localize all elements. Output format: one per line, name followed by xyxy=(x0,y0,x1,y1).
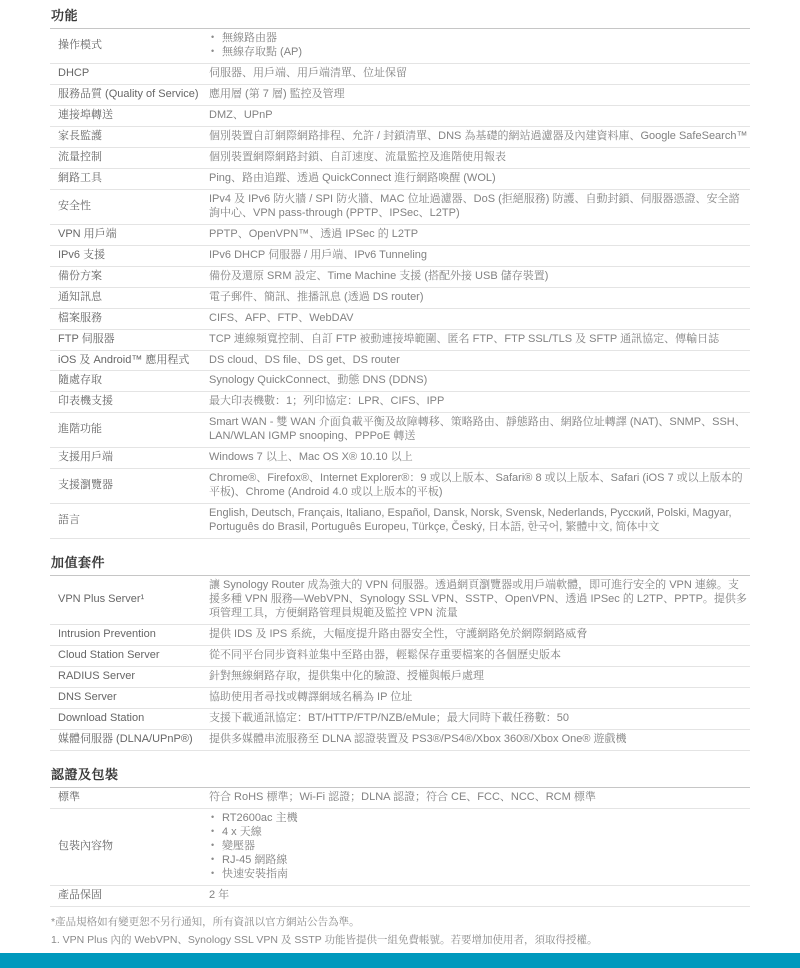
spec-row: DNS Server協助使用者尋找或轉譯網域名稱為 IP 位址 xyxy=(50,688,750,709)
spec-row: 家長監護個別裝置自訂網際網路排程、允許 / 封鎖清單、DNS 為基礎的網站過濾器… xyxy=(50,127,750,148)
spec-label: 網路工具 xyxy=(50,169,209,189)
bullet-item: 變壓器 xyxy=(209,840,748,854)
spec-value: RT2600ac 主機4 x 天線變壓器RJ-45 網路線快速安裝指南 xyxy=(209,809,750,885)
spec-label: Intrusion Prevention xyxy=(50,625,209,645)
spec-value: 2 年 xyxy=(209,886,750,906)
spec-row: 媒體伺服器 (DLNA/UPnP®)提供多媒體串流服務至 DLNA 認證裝置及 … xyxy=(50,730,750,751)
spec-row: 印表機支援最大印表機數：1；列印協定：LPR、CIFS、IPP xyxy=(50,392,750,413)
spec-value: CIFS、AFP、FTP、WebDAV xyxy=(209,309,750,329)
spec-label: iOS 及 Android™ 應用程式 xyxy=(50,351,209,371)
spec-value: Smart WAN - 雙 WAN 介面負載平衡及故障轉移、策略路由、靜態路由、… xyxy=(209,413,750,447)
spec-value: TCP 連線頻寬控制、自訂 FTP 被動連接埠範圍、匿名 FTP、FTP SSL… xyxy=(209,330,750,350)
spec-value: 個別裝置網際網路封鎖、自訂速度、流量監控及進階使用報表 xyxy=(209,148,750,168)
spec-section: 加值套件VPN Plus Server¹讓 Synology Router 成為… xyxy=(50,550,750,751)
spec-sections: 功能操作模式無線路由器無線存取點 (AP)DHCP伺服器、用戶端、用戶端清單、位… xyxy=(50,3,750,907)
spec-label: DNS Server xyxy=(50,688,209,708)
spec-row: 支援瀏覽器Chrome®、Firefox®、Internet Explorer®… xyxy=(50,469,750,504)
spec-value: IPv6 DHCP 伺服器 / 用戶端、IPv6 Tunneling xyxy=(209,246,750,266)
spec-row: 標準符合 RoHS 標準；Wi-Fi 認證；DLNA 認證；符合 CE、FCC、… xyxy=(50,788,750,809)
spec-table: 操作模式無線路由器無線存取點 (AP)DHCP伺服器、用戶端、用戶端清單、位址保… xyxy=(50,29,750,539)
footer-brand-bar xyxy=(0,953,800,968)
bullet-item: 4 x 天線 xyxy=(209,826,748,840)
spec-label: VPN 用戶端 xyxy=(50,225,209,245)
spec-row: 網路工具Ping、路由追蹤、透過 QuickConnect 進行網路喚醒 (WO… xyxy=(50,169,750,190)
spec-row: 流量控制個別裝置網際網路封鎖、自訂速度、流量監控及進階使用報表 xyxy=(50,148,750,169)
spec-row: IPv6 支援IPv6 DHCP 伺服器 / 用戶端、IPv6 Tunnelin… xyxy=(50,246,750,267)
spec-label: 產品保固 xyxy=(50,886,209,906)
bullet-list: 無線路由器無線存取點 (AP) xyxy=(209,32,748,60)
spec-value: Synology QuickConnect、動態 DNS (DDNS) xyxy=(209,371,750,391)
spec-value: DS cloud、DS file、DS get、DS router xyxy=(209,351,750,371)
spec-value: 無線路由器無線存取點 (AP) xyxy=(209,29,750,63)
spec-label: DHCP xyxy=(50,64,209,84)
spec-label: 操作模式 xyxy=(50,36,209,56)
spec-label: Download Station xyxy=(50,709,209,729)
section-title: 功能 xyxy=(50,3,750,29)
spec-row: 支援用戶端Windows 7 以上、Mac OS X® 10.10 以上 xyxy=(50,448,750,469)
bullet-list: RT2600ac 主機4 x 天線變壓器RJ-45 網路線快速安裝指南 xyxy=(209,812,748,882)
spec-value: 伺服器、用戶端、用戶端清單、位址保留 xyxy=(209,64,750,84)
spec-value: 提供 IDS 及 IPS 系統，大幅度提升路由器安全性，守護網路免於網際網路威脅 xyxy=(209,625,750,645)
spec-row: DHCP伺服器、用戶端、用戶端清單、位址保留 xyxy=(50,64,750,85)
spec-value: 個別裝置自訂網際網路排程、允許 / 封鎖清單、DNS 為基礎的網站過濾器及內建資… xyxy=(209,127,750,147)
spec-value: 應用層 (第 7 層) 監控及管理 xyxy=(209,85,750,105)
spec-row: VPN 用戶端PPTP、OpenVPN™、透過 IPSec 的 L2TP xyxy=(50,225,750,246)
spec-label: 家長監護 xyxy=(50,127,209,147)
spec-label: 通知訊息 xyxy=(50,288,209,308)
spec-label: 備份方案 xyxy=(50,267,209,287)
bullet-item: 快速安裝指南 xyxy=(209,868,748,882)
spec-row: 檔案服務CIFS、AFP、FTP、WebDAV xyxy=(50,309,750,330)
section-title: 認證及包裝 xyxy=(50,762,750,788)
spec-row: 操作模式無線路由器無線存取點 (AP) xyxy=(50,29,750,64)
spec-table: 標準符合 RoHS 標準；Wi-Fi 認證；DLNA 認證；符合 CE、FCC、… xyxy=(50,788,750,907)
spec-row: 產品保固2 年 xyxy=(50,886,750,907)
spec-row: 備份方案備份及還原 SRM 設定、Time Machine 支援 (搭配外接 U… xyxy=(50,267,750,288)
spec-label: 檔案服務 xyxy=(50,309,209,329)
spec-value: 針對無線網路存取，提供集中化的驗證、授權與帳戶處理 xyxy=(209,667,750,687)
bullet-item: RT2600ac 主機 xyxy=(209,812,748,826)
spec-value: Chrome®、Firefox®、Internet Explorer®：9 或以… xyxy=(209,469,750,503)
spec-row: FTP 伺服器TCP 連線頻寬控制、自訂 FTP 被動連接埠範圍、匿名 FTP、… xyxy=(50,330,750,351)
spec-label: 媒體伺服器 (DLNA/UPnP®) xyxy=(50,730,209,750)
spec-row: Cloud Station Server從不同平台同步資料並集中至路由器，輕鬆保… xyxy=(50,646,750,667)
spec-value: 提供多媒體串流服務至 DLNA 認證裝置及 PS3®/PS4®/Xbox 360… xyxy=(209,730,750,750)
spec-section: 功能操作模式無線路由器無線存取點 (AP)DHCP伺服器、用戶端、用戶端清單、位… xyxy=(50,3,750,539)
spec-row: 隨處存取Synology QuickConnect、動態 DNS (DDNS) xyxy=(50,371,750,392)
section-title: 加值套件 xyxy=(50,550,750,576)
spec-value: 讓 Synology Router 成為強大的 VPN 伺服器。透過網頁瀏覽器或… xyxy=(209,576,750,624)
spec-label: IPv6 支援 xyxy=(50,246,209,266)
spec-section: 認證及包裝標準符合 RoHS 標準；Wi-Fi 認證；DLNA 認證；符合 CE… xyxy=(50,762,750,907)
spec-label: VPN Plus Server¹ xyxy=(50,590,209,610)
spec-label: 隨處存取 xyxy=(50,371,209,391)
spec-row: 服務品質 (Quality of Service)應用層 (第 7 層) 監控及… xyxy=(50,85,750,106)
bullet-item: 無線路由器 xyxy=(209,32,748,46)
spec-row: VPN Plus Server¹讓 Synology Router 成為強大的 … xyxy=(50,576,750,625)
bullet-item: 無線存取點 (AP) xyxy=(209,46,748,60)
spec-value: 支援下載通訊協定：BT/HTTP/FTP/NZB/eMule；最大同時下載任務數… xyxy=(209,709,750,729)
spec-value: IPv4 及 IPv6 防火牆 / SPI 防火牆、MAC 位址過濾器、DoS … xyxy=(209,190,750,224)
spec-label: FTP 伺服器 xyxy=(50,330,209,350)
spec-value: 電子郵件、簡訊、推播訊息 (透過 DS router) xyxy=(209,288,750,308)
spec-value: 從不同平台同步資料並集中至路由器，輕鬆保存重要檔案的各個歷史版本 xyxy=(209,646,750,666)
spec-label: 印表機支援 xyxy=(50,392,209,412)
spec-value: DMZ、UPnP xyxy=(209,106,750,126)
spec-value: 協助使用者尋找或轉譯網域名稱為 IP 位址 xyxy=(209,688,750,708)
spec-value: 最大印表機數：1；列印協定：LPR、CIFS、IPP xyxy=(209,392,750,412)
spec-row: iOS 及 Android™ 應用程式DS cloud、DS file、DS g… xyxy=(50,351,750,372)
spec-row: 連接埠轉送DMZ、UPnP xyxy=(50,106,750,127)
spec-label: 進階功能 xyxy=(50,420,209,440)
spec-row: 安全性IPv4 及 IPv6 防火牆 / SPI 防火牆、MAC 位址過濾器、D… xyxy=(50,190,750,225)
spec-label: 支援瀏覽器 xyxy=(50,476,209,496)
spec-table: VPN Plus Server¹讓 Synology Router 成為強大的 … xyxy=(50,576,750,751)
bullet-item: RJ-45 網路線 xyxy=(209,854,748,868)
spec-value: 備份及還原 SRM 設定、Time Machine 支援 (搭配外接 USB 儲… xyxy=(209,267,750,287)
footnotes: *產品規格如有變更恕不另行通知，所有資訊以官方網站公告為準。 1. VPN Pl… xyxy=(50,914,750,949)
spec-row: 語言English, Deutsch, Français, Italiano, … xyxy=(50,504,750,539)
spec-label: 連接埠轉送 xyxy=(50,106,209,126)
spec-label: 服務品質 (Quality of Service) xyxy=(50,85,209,105)
spec-value: Windows 7 以上、Mac OS X® 10.10 以上 xyxy=(209,448,750,468)
spec-label: 支援用戶端 xyxy=(50,448,209,468)
spec-sheet: 功能操作模式無線路由器無線存取點 (AP)DHCP伺服器、用戶端、用戶端清單、位… xyxy=(50,3,750,950)
footnote-vpn-plus: 1. VPN Plus 內的 WebVPN、Synology SSL VPN 及… xyxy=(51,932,750,948)
spec-value: Ping、路由追蹤、透過 QuickConnect 進行網路喚醒 (WOL) xyxy=(209,169,750,189)
spec-label: 安全性 xyxy=(50,197,209,217)
spec-label: 包裝內容物 xyxy=(50,837,209,857)
spec-label: 標準 xyxy=(50,788,209,808)
spec-label: Cloud Station Server xyxy=(50,646,209,666)
spec-value: 符合 RoHS 標準；Wi-Fi 認證；DLNA 認證；符合 CE、FCC、NC… xyxy=(209,788,750,808)
spec-row: 進階功能Smart WAN - 雙 WAN 介面負載平衡及故障轉移、策略路由、靜… xyxy=(50,413,750,448)
spec-label: 語言 xyxy=(50,511,209,531)
spec-label: RADIUS Server xyxy=(50,667,209,687)
spec-label: 流量控制 xyxy=(50,148,209,168)
spec-row: 通知訊息電子郵件、簡訊、推播訊息 (透過 DS router) xyxy=(50,288,750,309)
spec-row: RADIUS Server針對無線網路存取，提供集中化的驗證、授權與帳戶處理 xyxy=(50,667,750,688)
spec-value: PPTP、OpenVPN™、透過 IPSec 的 L2TP xyxy=(209,225,750,245)
spec-value: English, Deutsch, Français, Italiano, Es… xyxy=(209,504,750,538)
spec-row: Intrusion Prevention提供 IDS 及 IPS 系統，大幅度提… xyxy=(50,625,750,646)
spec-row: Download Station支援下載通訊協定：BT/HTTP/FTP/NZB… xyxy=(50,709,750,730)
spec-row: 包裝內容物RT2600ac 主機4 x 天線變壓器RJ-45 網路線快速安裝指南 xyxy=(50,809,750,886)
footnote-disclaimer: *產品規格如有變更恕不另行通知，所有資訊以官方網站公告為準。 xyxy=(51,914,750,930)
